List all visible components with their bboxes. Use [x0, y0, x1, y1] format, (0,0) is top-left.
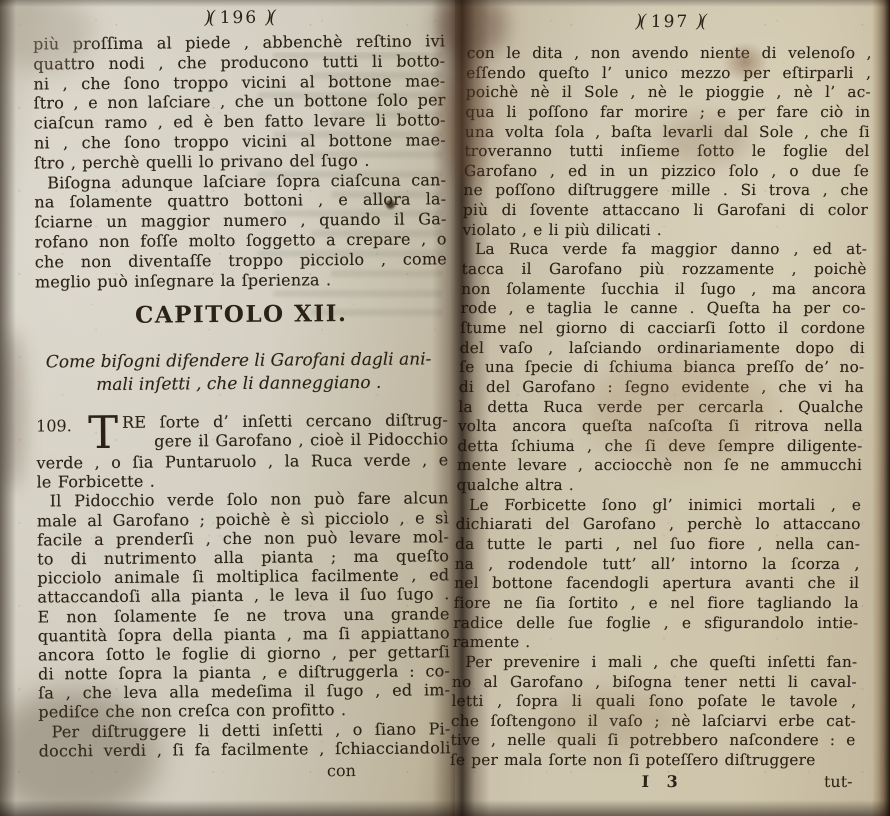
text-line: Garofano , ed in un pizzico ſolo , o due… — [464, 162, 869, 182]
chapter-subtitle: Come biſogni difendere li Garofani dagli… — [30, 349, 448, 398]
text-line: da tutte le parti , nel ſuo fiore , nell… — [455, 535, 860, 555]
text-line: ſtume nel giorno di cacciarſi ſotto il c… — [460, 319, 865, 339]
page-footer: I 3 tut- — [449, 772, 855, 794]
page-197: )(197)( con le dita , non avendo niente … — [455, 0, 890, 816]
page-header: )(196)( — [33, 6, 445, 29]
paragraph-block: con le dita , non avendo niente di velen… — [450, 44, 872, 771]
text-line: quattro nodi , che producono tutti li bo… — [33, 51, 445, 74]
text-line: docchi verdi , ſi fa facilmente , ſchiac… — [39, 738, 451, 760]
signature-mark: I 3 — [641, 772, 678, 791]
text-line: qua li poſſono far morire ; e per fare c… — [465, 103, 870, 123]
text-line: rode , e taglia le canne . Queſta ha per… — [460, 299, 865, 319]
text-line: nel bottone facendogli apertura avanti c… — [454, 574, 859, 594]
text-line: verde , o ſia Puntaruolo , la Ruca verde… — [36, 450, 448, 472]
text-line: ſe una ſpecie di ſchiuma bianca preſſo d… — [459, 358, 864, 378]
section-number: 109. — [36, 416, 72, 435]
text-line: non ſolamente ſucchia il ſugo , ma ancor… — [461, 280, 866, 300]
page-196: )(196)( più proſſima al piede , abbenchè… — [0, 0, 455, 816]
text-line: ne poſſono diſtruggere mille . Si trova … — [463, 181, 868, 201]
text-line: tacca il Garofano più rozzamente , poich… — [461, 260, 866, 280]
text-line: poichè nè il Sole , nè le pioggie , nè l… — [466, 83, 871, 103]
text-line: con le dita , non avendo niente di velen… — [467, 44, 872, 64]
text-line: che ſoſtengono il vaſo ; nè laſciarvi er… — [451, 712, 856, 732]
text-line: no al Garofano , biſogna tener netti li … — [452, 673, 857, 693]
text-line: na , rodendole tutt’ all’ intorno la ſco… — [454, 555, 859, 575]
text-line: dichiarati del Garofano , perchè lo atta… — [455, 515, 860, 535]
text-line: la detta Ruca verde per cercarla . Qualc… — [458, 398, 863, 418]
header-ornament: )( — [204, 8, 212, 29]
text-line: che non diventaſſe troppo picciolo , com… — [35, 249, 447, 272]
text-line: detta ſchiuma , che ſi deve ſempre dilig… — [457, 437, 862, 457]
text-line: ſe per mala ſorte non ſi poteſſero diſtr… — [450, 751, 855, 771]
text-line: più di ſovente attaccano li Garofani di … — [463, 201, 868, 221]
header-ornament: )( — [265, 7, 273, 28]
text-line: ramente . — [453, 633, 858, 653]
page-header: )(197)( — [467, 12, 872, 32]
text-line: violato , e li più dilicati . — [462, 221, 867, 241]
book-spread: )(196)( più proſſima al piede , abbenchè… — [0, 0, 890, 816]
paragraph-block: più proſſima al piede , abbenchè reſtino… — [33, 31, 447, 292]
catchword: con — [327, 761, 356, 780]
text-line: attaccandoſi alla pianta , le leva il ſu… — [37, 585, 449, 607]
text-line: fiore ne ſia ſortito , e nel fiore tagli… — [454, 594, 859, 614]
page-number: 197 — [651, 12, 690, 32]
text-line: qualche altra . — [456, 476, 861, 496]
catchword: tut- — [824, 772, 853, 791]
text-line: una volta ſola , baſta levarli dal Sole … — [465, 123, 870, 143]
text-line: del vaſo , laſciando ordinariamente dopo… — [460, 339, 865, 359]
text-line: volta ancora queſta naſcoſta ſi ritrova … — [458, 417, 863, 437]
text-line: eſſendo queſto l’ unico mezzo per eſtirp… — [466, 64, 871, 84]
text-line: Per prevenire i mali , che queſti inſett… — [452, 653, 857, 673]
text-line: letti , ſopra li quali ſono poſate le ta… — [451, 692, 856, 712]
text-line: ſa , che leva alla medeſima il ſugo , ed… — [38, 681, 450, 703]
text-line: Il Pidocchio verde ſolo non può fare alc… — [37, 489, 449, 511]
text-line: troveranno tutti inſieme ſotto le foglie… — [464, 142, 869, 162]
section-start: 109. T RE ſorte d’ inſetti cercano diſtr… — [36, 410, 448, 453]
header-ornament: )( — [696, 12, 705, 33]
text-line: di del Garofano : ſegno evidente , che v… — [459, 378, 864, 398]
drop-cap: T — [88, 410, 118, 455]
paragraph-block: verde , o ſia Puntaruolo , la Ruca verde… — [36, 450, 450, 760]
text-line: radice delle ſue foglie , e sfigurandolo… — [453, 614, 858, 634]
subtitle-line: Come biſogni difendere li Garofani dagli… — [30, 349, 448, 375]
text-line: La Ruca verde fa maggior danno , ed at- — [462, 240, 867, 260]
subtitle-line: mali inſetti , che li danneggiano . — [30, 372, 448, 398]
catchword-row: con — [39, 760, 451, 782]
text-line: meglio può inſegnare la ſperienza . — [35, 269, 447, 292]
header-ornament: )( — [635, 12, 644, 33]
text-line: mente levare , acciocchè non ſe ne ammuc… — [457, 456, 862, 476]
page-number: 196 — [220, 8, 259, 28]
chapter-heading: CAPITOLO XII. — [35, 299, 447, 329]
text-line: tive , nelle quali ſi potrebbero naſcond… — [450, 731, 855, 751]
text-line: Le Forbicette ſono gl’ inimici mortali ,… — [456, 496, 861, 516]
